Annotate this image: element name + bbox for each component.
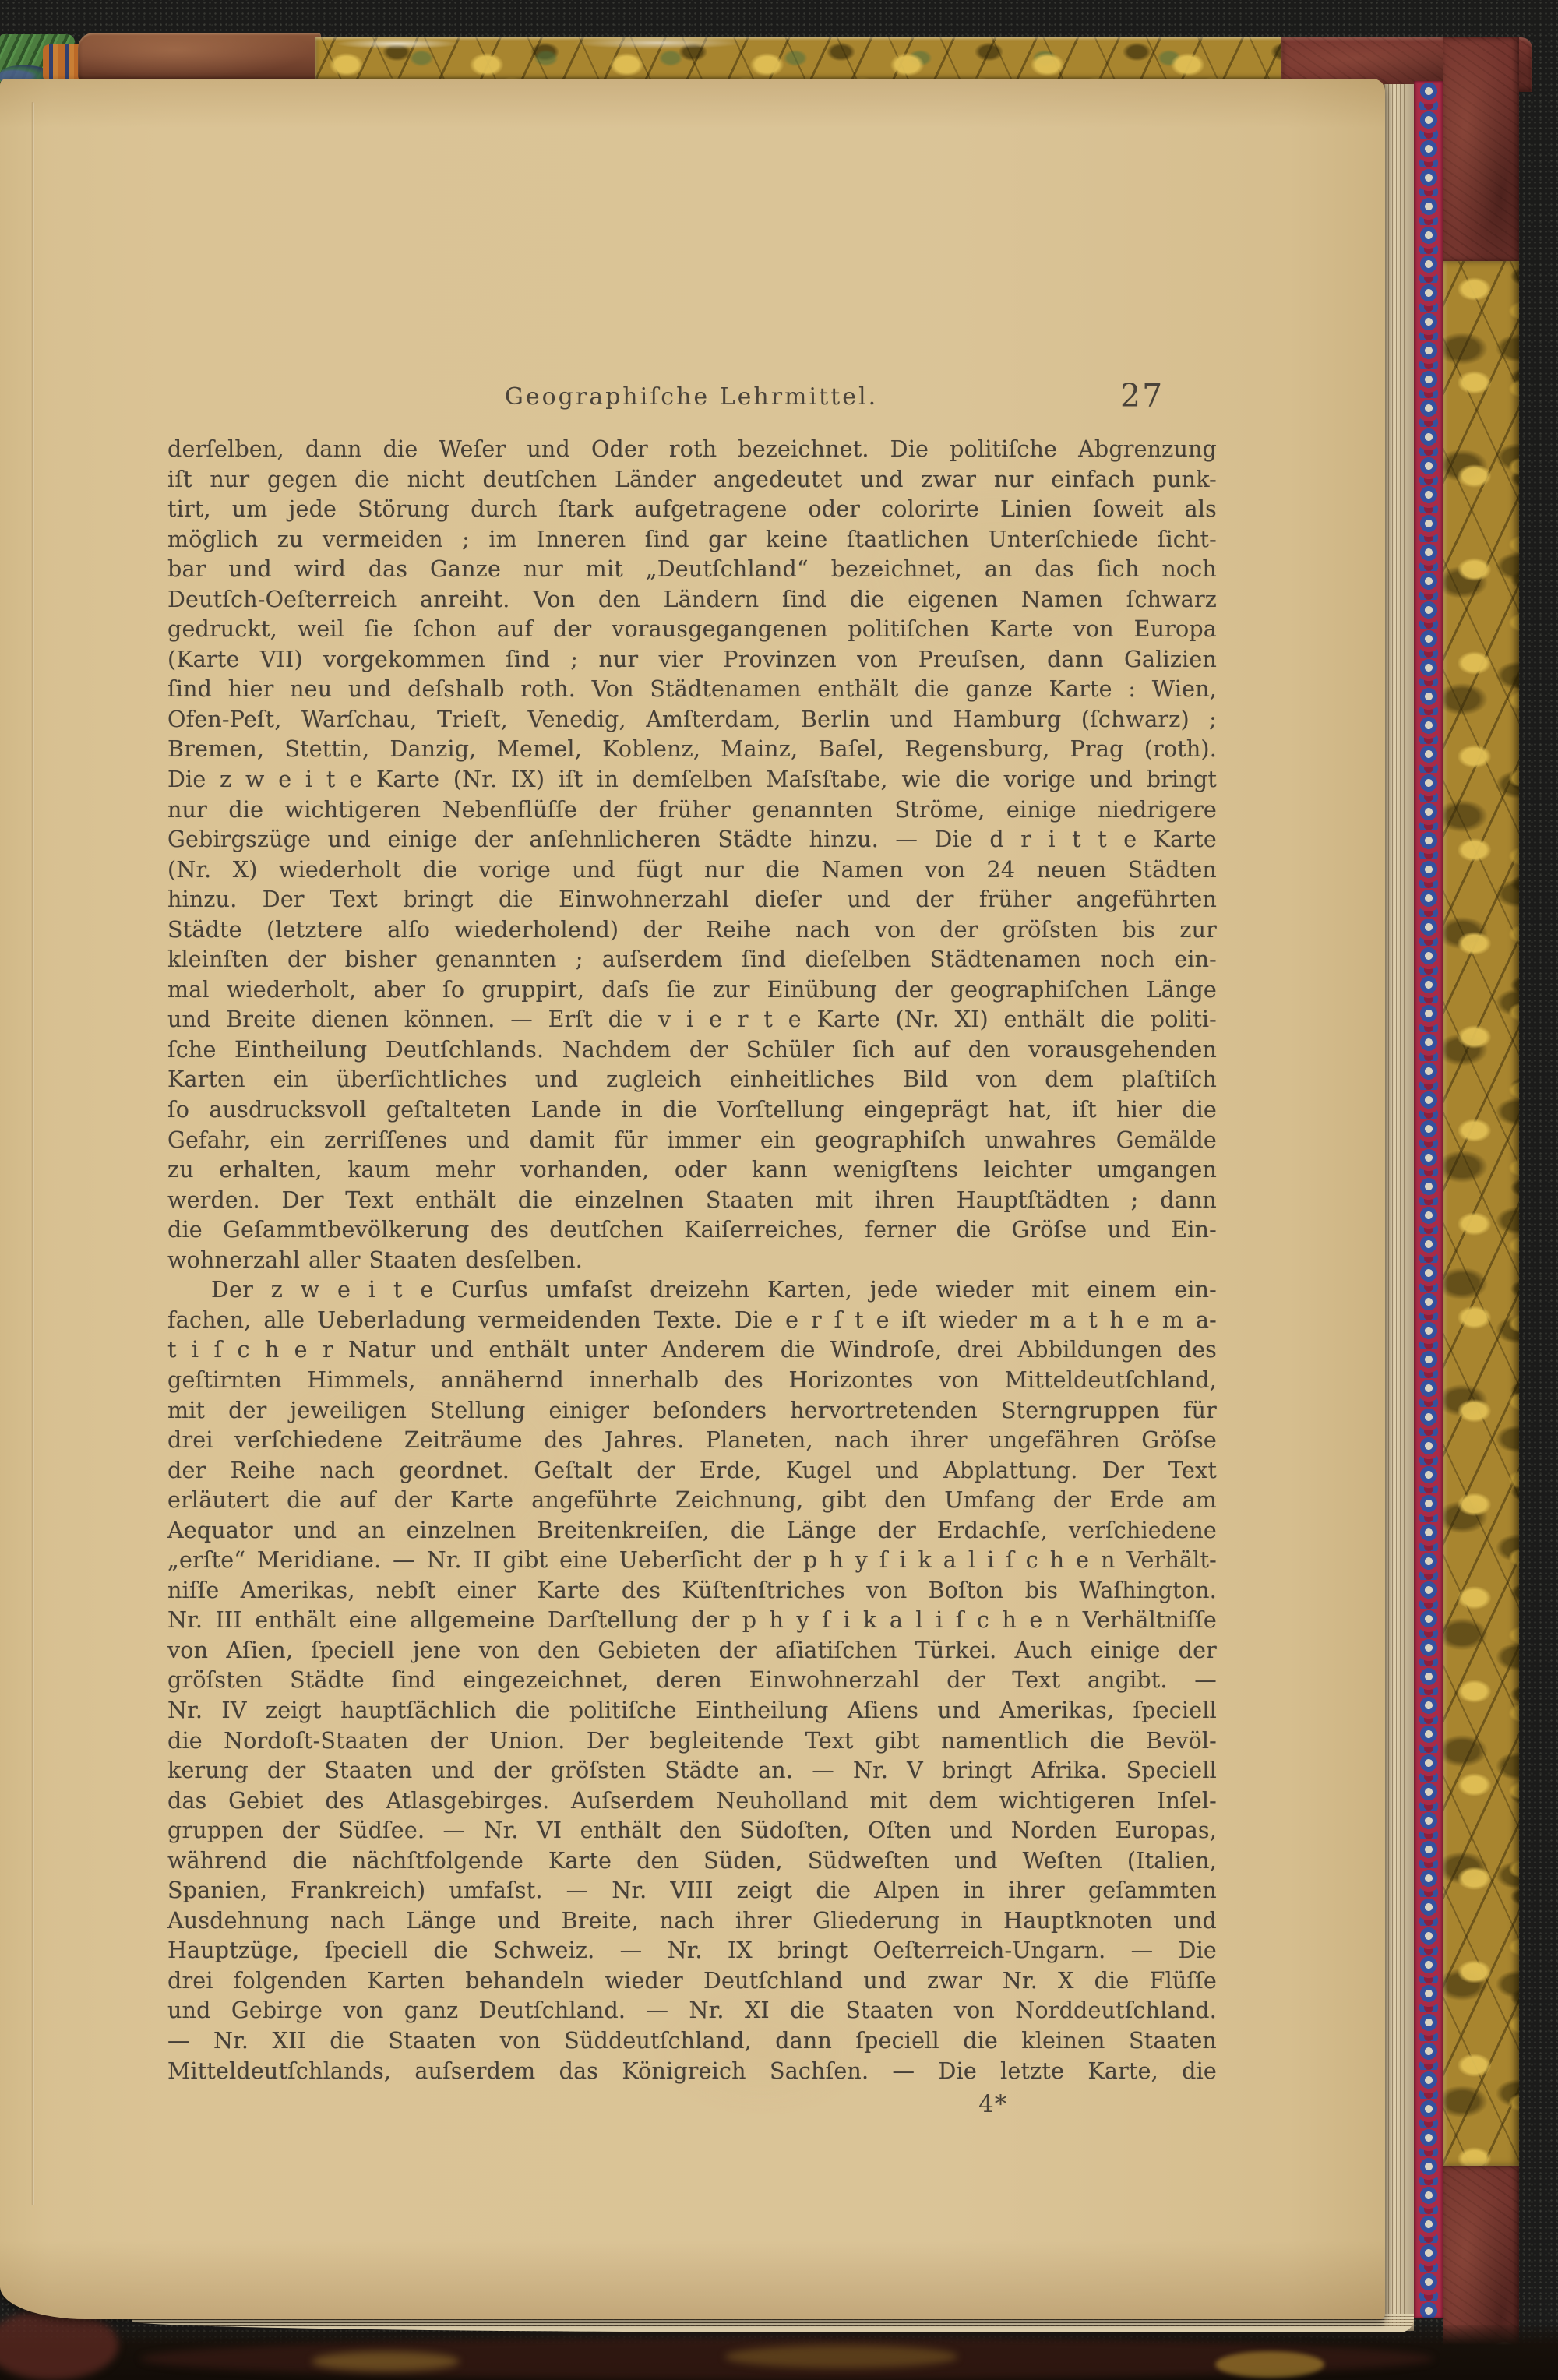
text-line: Spanien, Frankreich) umfaſst. — Nr. VIII… — [167, 1876, 1217, 1906]
text-line: gröſsten Städte ſind eingezeichnet, dere… — [167, 1666, 1217, 1696]
marbled-board-top-edge — [315, 37, 1299, 82]
spine-leather-top — [78, 33, 321, 82]
gutter-crease — [31, 102, 34, 2205]
text-line: wohnerzahl aller Staaten desſelben. — [167, 1246, 1217, 1276]
page-edge-stack — [1384, 84, 1414, 2331]
text-line: bar und wird das Ganze nur mit „Deutſchl… — [167, 555, 1217, 585]
text-line: Gefahr, ein zerriſſenes und damit für im… — [167, 1126, 1217, 1156]
text-line: Hauptzüge, ſpeciell die Schweiz. — Nr. I… — [167, 1936, 1217, 1966]
text-line: möglich zu vermeiden ; im Inneren ſind g… — [167, 525, 1217, 555]
cover-board-strip — [1443, 37, 1519, 2380]
text-line: geſtirnten Himmels, annähernd innerhalb … — [167, 1366, 1217, 1396]
text-line: gruppen der Südſee. — Nr. VI enthält den… — [167, 1816, 1217, 1846]
text-line: das Gebiet des Atlasgebirges. Auſserdem … — [167, 1786, 1217, 1817]
cover-marble-middle — [1443, 261, 1519, 2166]
text-line: nur die wichtigeren Nebenflüſſe der früh… — [167, 795, 1217, 826]
text-line: t i ſ c h e r Natur und enthält unter An… — [167, 1335, 1217, 1366]
text-line: erläutert die auf der Karte angeführte Z… — [167, 1486, 1217, 1516]
text-line: (Karte VII) vorgekommen ſind ; nur vier … — [167, 645, 1217, 675]
text-line: hinzu. Der Text bringt die Einwohnerzahl… — [167, 885, 1217, 915]
text-line: kleinſten der bisher genannten ; auſserd… — [167, 945, 1217, 975]
text-line: Städte (letztere alſo wiederholend) der … — [167, 915, 1217, 946]
text-line: derſelben, dann die Weſer und Oder roth … — [167, 435, 1217, 465]
text-line: Gebirgszüge und einige der anſehnlichere… — [167, 825, 1217, 855]
text-line: werden. Der Text enthält die einzelnen S… — [167, 1186, 1217, 1216]
text-line: Bremen, Stettin, Danzig, Memel, Koblenz,… — [167, 735, 1217, 765]
text-line: Der z w e i t e Curſus umfaſst dreizehn … — [167, 1275, 1217, 1306]
text-line: Mitteldeutſchlands, auſserdem das Königr… — [167, 2057, 1217, 2087]
text-line: und Gebirge von ganz Deutſchland. — Nr. … — [167, 1996, 1217, 2026]
text-line: kerung der Staaten und der gröſsten Städ… — [167, 1756, 1217, 1786]
text-line: ſind hier neu und deſshalb roth. Von Stä… — [167, 675, 1217, 705]
signature-mark: 4* — [978, 2090, 1007, 2118]
text-line: die Geſammtbevölkerung des deutſchen Kai… — [167, 1215, 1217, 1246]
body-text: derſelben, dann die Weſer und Oder roth … — [167, 435, 1217, 2086]
text-line: die Nordoſt-Staaten der Union. Der begle… — [167, 1726, 1217, 1757]
text-line: — Nr. XII die Staaten von Süddeutſchland… — [167, 2026, 1217, 2057]
text-line: „erſte“ Meridiane. — Nr. II gibt eine Ue… — [167, 1546, 1217, 1576]
text-line: tirt, um jede Störung durch ſtark aufget… — [167, 495, 1217, 525]
text-line: gedruckt, weil ſie ſchon auf der vorausg… — [167, 615, 1217, 645]
text-line: und Breite dienen können. — Erſt die v i… — [167, 1005, 1217, 1035]
text-line: Ausdehnung nach Länge und Breite, nach i… — [167, 1906, 1217, 1937]
text-line: iſt nur gegen die nicht deutſchen Länder… — [167, 465, 1217, 495]
cover-leather-top — [1443, 37, 1519, 261]
text-line: Nr. IV zeigt hauptſächlich die politiſch… — [167, 1696, 1217, 1726]
text-line: Aequator und an einzelnen Breitenkreiſen… — [167, 1516, 1217, 1546]
text-line: zu erhalten, kaum mehr vorhanden, oder k… — [167, 1155, 1217, 1186]
text-line: drei verſchiedene Zeiträume des Jahres. … — [167, 1426, 1217, 1456]
text-line: Die z w e i t e Karte (Nr. IX) iſt in de… — [167, 765, 1217, 795]
scanned-book-photo: Geographiſche Lehrmittel. 27 derſelben, … — [0, 0, 1558, 2380]
book-page: Geographiſche Lehrmittel. 27 derſelben, … — [0, 79, 1385, 2319]
text-line: niſſe Amerikas, nebſt einer Karte des Kü… — [167, 1576, 1217, 1606]
fore-edge-marbling — [1414, 81, 1443, 2318]
page-number: 27 — [1120, 377, 1214, 414]
text-line: Karten ein überſichtliches und zugleich … — [167, 1065, 1217, 1095]
text-line: drei folgenden Karten behandeln wieder D… — [167, 1966, 1217, 1997]
text-line: Ofen-Peſt, Warſchau, Trieſt, Venedig, Am… — [167, 705, 1217, 735]
text-line: ſo ausdrucksvoll geſtalteten Lande in di… — [167, 1095, 1217, 1126]
text-line: von Aſien, ſpeciell jene von den Gebiete… — [167, 1636, 1217, 1666]
text-line: während die nächſtfolgende Karte den Süd… — [167, 1846, 1217, 1877]
text-line: Nr. III enthält eine allgemeine Darſtell… — [167, 1606, 1217, 1636]
text-line: mal wiederholt, aber ſo gruppirt, daſs ſ… — [167, 975, 1217, 1006]
text-line: mit der jeweiligen Stellung einiger beſo… — [167, 1396, 1217, 1426]
bottom-marble-glint — [312, 2351, 460, 2371]
text-line: ſche Eintheilung Deutſchlands. Nachdem d… — [167, 1035, 1217, 1066]
bottom-marble-glint — [724, 2345, 958, 2368]
text-line: Deutſch-Oeſterreich anreiht. Von den Län… — [167, 585, 1217, 615]
text-line: (Nr. X) wiederholt die vorige und fügt n… — [167, 855, 1217, 886]
text-line: fachen, alle Ueberladung vermeidenden Te… — [167, 1306, 1217, 1336]
bottom-marble-fragment — [1215, 2351, 1324, 2378]
text-line: der Reihe nach geordnet. Geſtalt der Erd… — [167, 1456, 1217, 1486]
running-header: Geographiſche Lehrmittel. — [167, 383, 1215, 411]
